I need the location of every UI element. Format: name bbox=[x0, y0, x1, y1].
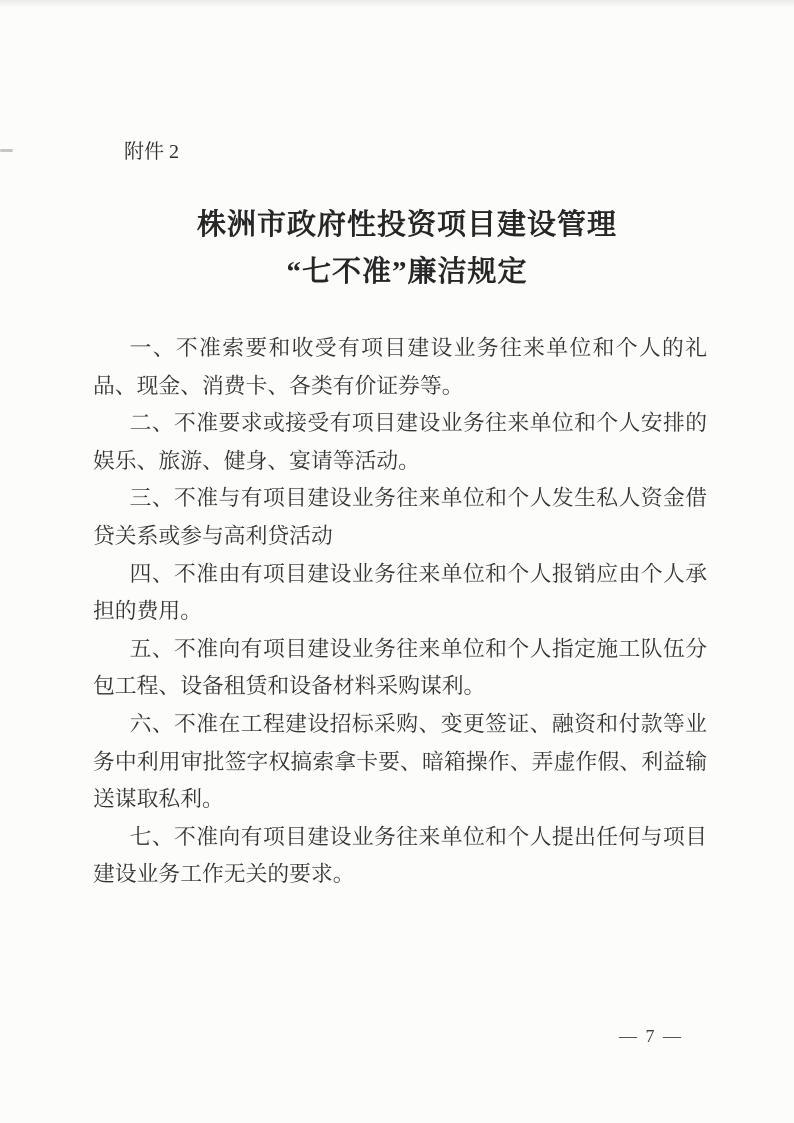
document-title-line2: “七不准”廉洁规定 bbox=[10, 249, 794, 296]
regulation-paragraph-2: 二、不准要求或接受有项目建设业务往来单位和个人安排的娱乐、旅游、健身、宴请等活动… bbox=[93, 405, 707, 480]
document-body: 一、不准索要和收受有项目建设业务往来单位和个人的礼品、现金、消费卡、各类有价证券… bbox=[93, 330, 707, 894]
regulation-paragraph-3: 三、不准与有项目建设业务往来单位和个人发生私人资金借贷关系或参与高利贷活动 bbox=[93, 480, 707, 555]
regulation-paragraph-4: 四、不准由有项目建设业务往来单位和个人报销应由个人承担的费用。 bbox=[93, 556, 707, 631]
regulation-paragraph-1: 一、不准索要和收受有项目建设业务往来单位和个人的礼品、现金、消费卡、各类有价证券… bbox=[93, 330, 707, 405]
document-page: 附件 2 株洲市政府性投资项目建设管理 “七不准”廉洁规定 一、不准索要和收受有… bbox=[0, 0, 794, 1123]
regulation-paragraph-5: 五、不准向有项目建设业务往来单位和个人指定施工队伍分包工程、设备租赁和设备材料采… bbox=[93, 631, 707, 706]
scan-artifact-mark bbox=[0, 149, 13, 152]
document-title-line1: 株洲市政府性投资项目建设管理 bbox=[10, 202, 794, 249]
document-title: 株洲市政府性投资项目建设管理 “七不准”廉洁规定 bbox=[10, 202, 794, 296]
page-number: — 7 — bbox=[619, 1026, 683, 1047]
regulation-paragraph-7: 七、不准向有项目建设业务往来单位和个人提出任何与项目建设业务工作无关的要求。 bbox=[93, 819, 707, 894]
regulation-paragraph-6: 六、不准在工程建设招标采购、变更签证、融资和付款等业务中利用审批签字权搞索拿卡要… bbox=[93, 706, 707, 819]
attachment-label: 附件 2 bbox=[124, 140, 179, 164]
